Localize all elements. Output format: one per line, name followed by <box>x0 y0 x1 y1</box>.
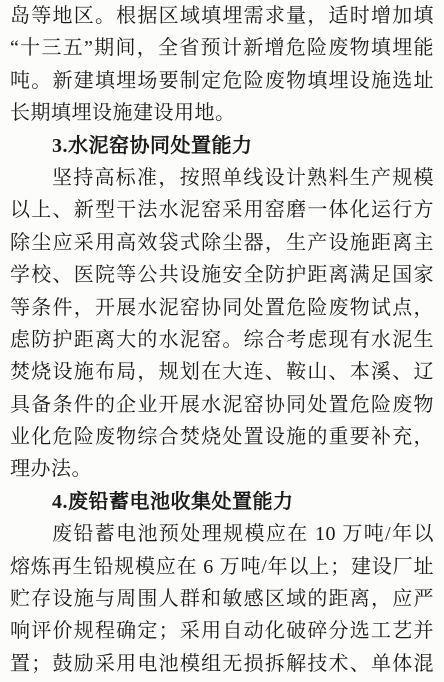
text-line: 业化危险废物综合焚烧处置设施的重要补充，并出台配套管 <box>10 421 434 453</box>
text-line: 贮存设施与周围人群和敏感区域的距离，应严格按照环境影 <box>10 583 434 615</box>
text-line: 除尘应采用高效袋式除尘器，生产设施距离主要居民区以及 <box>10 227 434 259</box>
section-heading-cement-kiln: 3.水泥窑协同处置能力 <box>10 130 434 162</box>
text-line: 等条件，开展水泥窑协同处置危险废物试点，原则上优先考 <box>10 292 434 324</box>
text-line: 响评价规程确定；采用自动化破碎分选工艺并配套负压装 <box>10 615 434 647</box>
text-line: 以上、新型干法水泥窑采用窑磨一体化运行方式，窑尾烟气 <box>10 194 434 226</box>
text-line: 吨。新建填埋场要制定危险废物填埋设施选址规划，保障中 <box>10 65 434 97</box>
text-line: 废铅蓄电池预处理规模应在 10 万吨/年以上，预处理- <box>10 518 434 550</box>
document-page: 岛等地区。根据区域填埋需求量，适时增加填埋处置能力。 “十三五”期间，全省预计新… <box>0 0 444 682</box>
text-line: “十三五”期间，全省预计新增危险废物填埋能力为 10 万 <box>10 32 434 64</box>
text-line: 熔炼再生铅规模应在 6 万吨/年以上；建设厂址危险废物集中 <box>10 551 434 583</box>
text-line: 焚烧设施布局，规划在大连、鞍山、本溪、辽阳、铁岭 5 市 <box>10 356 434 388</box>
text-line: 具备条件的企业开展水泥窑协同处置危险废物试点，作为专 <box>10 389 434 421</box>
text-line: 坚持高标准，按照单线设计熟料生产规模 4000 吨/日及 <box>10 162 434 194</box>
text-line: 长期填埋设施建设用地。 <box>10 97 434 129</box>
text-line: 虑防护距离大的水泥窑。综合考虑现有水泥生产企业及综合 <box>10 324 434 356</box>
text-line: 学校、医院等公共设施安全防护距离满足国家环保相关要求 <box>10 259 434 291</box>
text-line: 岛等地区。根据区域填埋需求量，适时增加填埋处置能力。 <box>10 0 434 32</box>
section-heading-lead-battery: 4.废铅蓄电池收集处置能力 <box>10 486 434 518</box>
text-line: 置；鼓励采用电池模组无损拆解技术、单体混合进料全自动 <box>10 648 434 680</box>
text-line: 理办法。 <box>10 453 434 485</box>
document-body: 岛等地区。根据区域填埋需求量，适时增加填埋处置能力。 “十三五”期间，全省预计新… <box>0 0 444 680</box>
